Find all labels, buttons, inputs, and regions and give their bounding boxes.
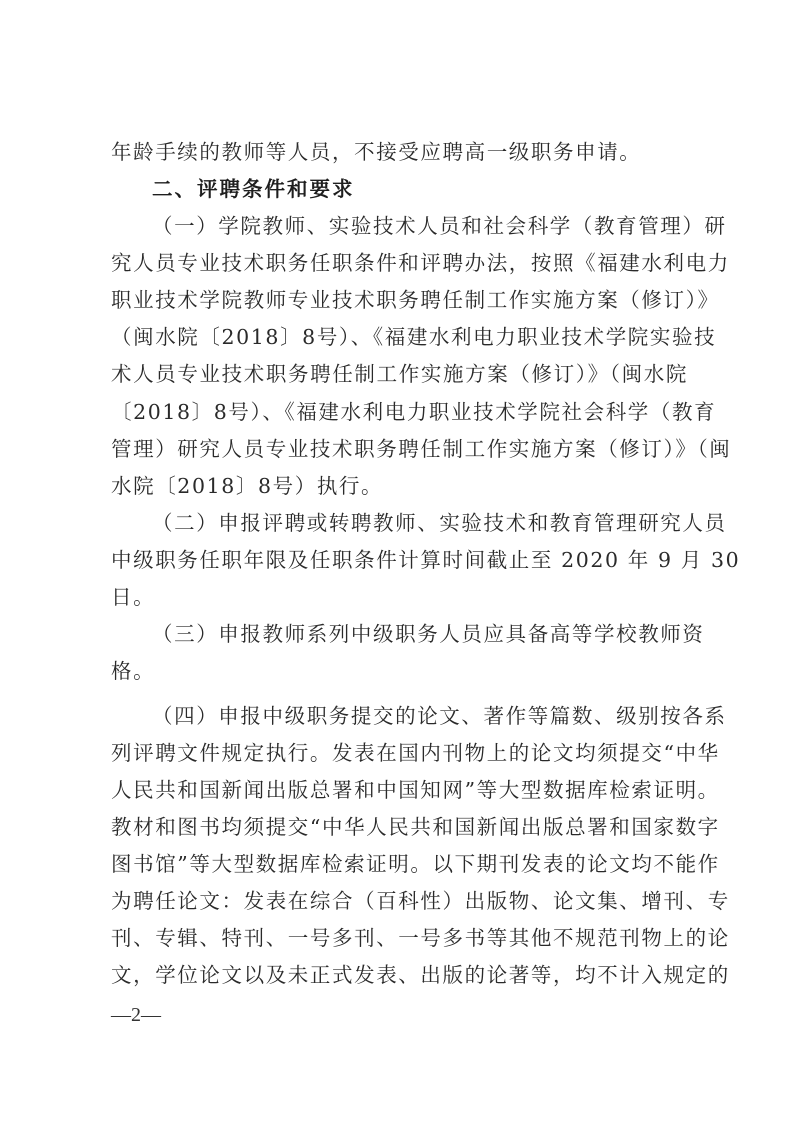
text-line: （二）申报评聘或转聘教师、实验技术和教育管理研究人员 [152, 511, 688, 535]
text-line: 〔2018〕8号）、《福建水利电力职业技术学院社会科学（教育 [111, 400, 688, 424]
text-line: 究人员专业技术职务任职条件和评聘办法，按照《福建水利电力 [111, 251, 688, 275]
text-line: 刊、专辑、特刊、一号多刊、一号多书等其他不规范刊物上的论 [111, 926, 688, 950]
text-line: 术人员专业技术职务聘任制工作实施方案（修订）》（闽水院 [111, 362, 688, 386]
text-line: 年龄手续的教师等人员，不接受应聘高一级职务申请。 [111, 140, 688, 164]
text-line: 人民共和国新闻出版总署和中国知网”等大型数据库检索证明。 [111, 778, 688, 802]
text-line: 教材和图书均须提交“中华人民共和国新闻出版总署和国家数字 [111, 815, 688, 839]
page-number: —2— [111, 1004, 161, 1027]
text-line: 管理）研究人员专业技术职务聘任制工作实施方案（修订）》（闽 [111, 437, 688, 461]
text-line: （闽水院〔2018〕8号）、《福建水利电力职业技术学院实验技 [111, 325, 688, 349]
text-line: 格。 [111, 659, 688, 683]
text-line: 图书馆”等大型数据库检索证明。以下期刊发表的论文均不能作 [111, 852, 688, 876]
text-line: （一）学院教师、实验技术人员和社会科学（教育管理）研 [152, 214, 688, 238]
text-line: 文，学位论文以及未正式发表、出版的论著等，均不计入规定的 [111, 963, 688, 987]
text-line: 中级职务任职年限及任职条件计算时间截止至 2020 年 9 月 30 [111, 548, 688, 572]
text-line: （三）申报教师系列中级职务人员应具备高等学校教师资 [152, 622, 688, 646]
document-page: 年龄手续的教师等人员，不接受应聘高一级职务申请。二、评聘条件和要求（一）学院教师… [0, 0, 793, 1122]
text-line: 列评聘文件规定执行。发表在国内刊物上的论文均须提交“中华 [111, 741, 688, 765]
text-line: 为聘任论文：发表在综合（百科性）出版物、论文集、增刊、专 [111, 889, 688, 913]
text-line: （四）申报中级职务提交的论文、著作等篇数、级别按各系 [152, 704, 688, 728]
text-line: 日。 [111, 585, 688, 609]
section-heading: 二、评聘条件和要求 [152, 177, 688, 201]
text-line: 职业技术学院教师专业技术职务聘任制工作实施方案（修订）》 [111, 288, 688, 312]
text-line: 水院〔2018〕8号）执行。 [111, 474, 688, 498]
